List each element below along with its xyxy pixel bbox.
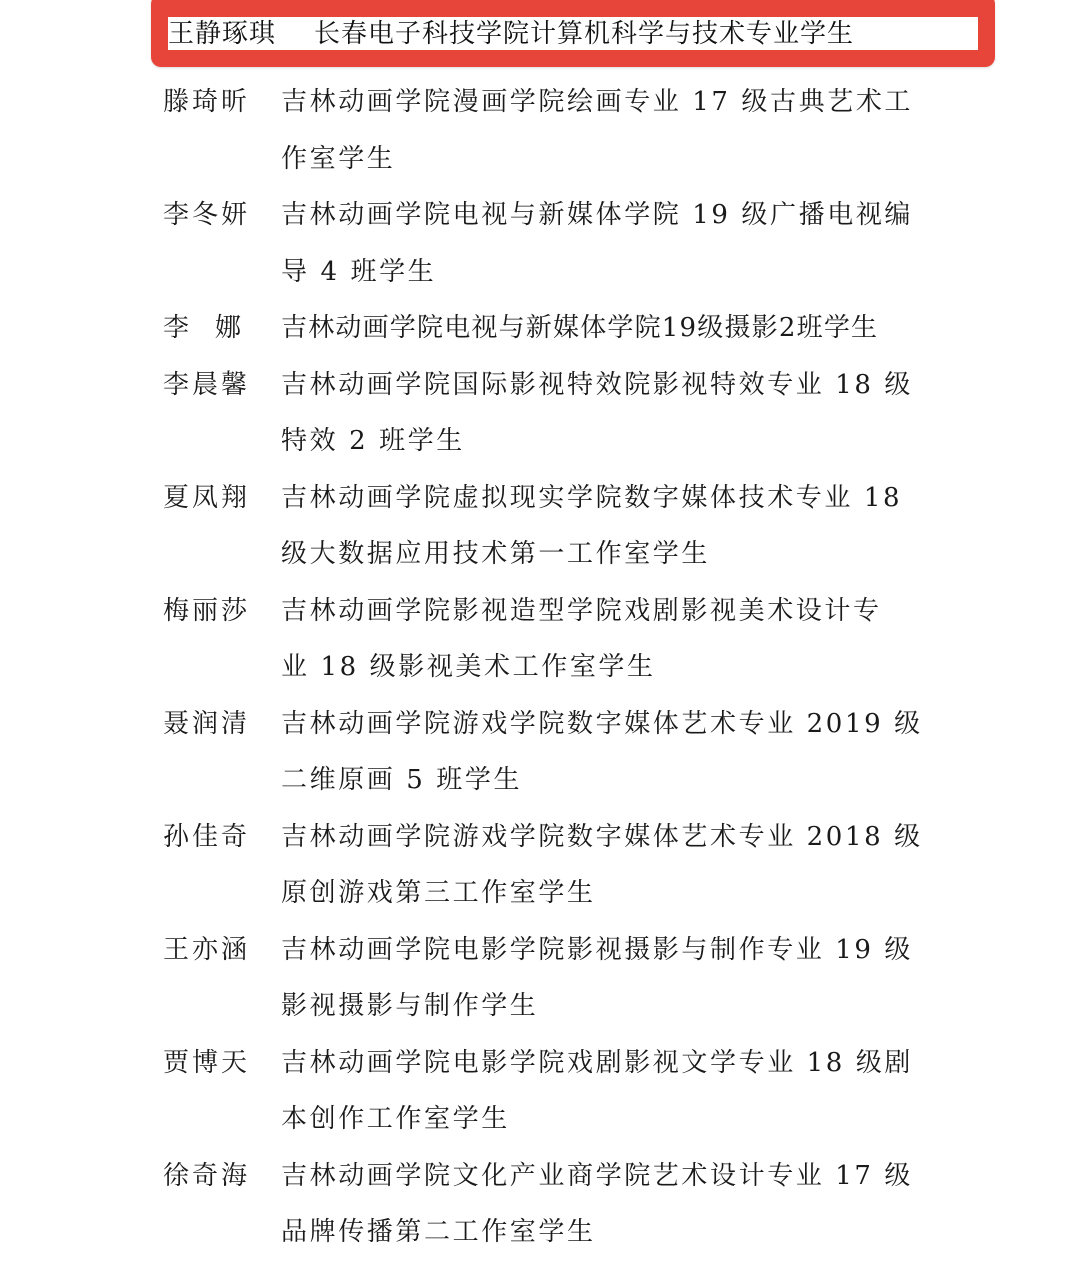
list-item: 孙佳奇 吉林动画学院游戏学院数字媒体艺术专业 2018 级 原创游戏第三工作室学… xyxy=(163,809,923,922)
entry-description: 吉林动画学院游戏学院数字媒体艺术专业 2018 级 原创游戏第三工作室学生 xyxy=(281,809,923,922)
description-line: 吉林动画学院游戏学院数字媒体艺术专业 2018 级 xyxy=(281,809,923,866)
description-line: 级大数据应用技术第一工作室学生 xyxy=(281,526,923,583)
entry-name: 滕琦昕 xyxy=(163,74,281,131)
list-item: 滕琦昕 吉林动画学院漫画学院绘画专业 17 级古典艺术工 作室学生 xyxy=(163,74,923,187)
description-line: 吉林动画学院文化产业商学院艺术设计专业 17 级 xyxy=(281,1148,923,1205)
entry-description: 吉林动画学院电影学院影视摄影与制作专业 19 级 影视摄影与制作学生 xyxy=(281,922,923,1035)
description-line: 吉林动画学院电视与新媒体学院19级摄影2班学生 xyxy=(281,300,923,357)
entry-name: 孙佳奇 xyxy=(163,809,281,866)
entry-name: 聂润清 xyxy=(163,696,281,753)
list-item: 夏凤翔 吉林动画学院虚拟现实学院数字媒体技术专业 18 级大数据应用技术第一工作… xyxy=(163,470,923,583)
entry-name: 梅丽莎 xyxy=(163,583,281,640)
description-line: 吉林动画学院电视与新媒体学院 19 级广播电视编 xyxy=(281,187,923,244)
entry-description: 吉林动画学院漫画学院绘画专业 17 级古典艺术工 作室学生 xyxy=(281,74,923,187)
entry-description: 吉林动画学院影视造型学院戏剧影视美术设计专 业 18 级影视美术工作室学生 xyxy=(281,583,923,696)
highlighted-entry-text: 王静琢琪长春电子科技学院计算机科学与技术专业学生 xyxy=(168,18,854,50)
entry-name: 李晨馨 xyxy=(163,357,281,414)
entry-name: 王亦涵 xyxy=(163,922,281,979)
entry-description: 吉林动画学院游戏学院数字媒体艺术专业 2019 级 二维原画 5 班学生 xyxy=(281,696,923,809)
entry-name: 王静琢琪 xyxy=(168,18,314,50)
list-item: 李 娜 吉林动画学院电视与新媒体学院19级摄影2班学生 xyxy=(163,300,923,357)
description-line: 原创游戏第三工作室学生 xyxy=(281,865,923,922)
description-line: 导 4 班学生 xyxy=(281,244,923,301)
description-line: 作室学生 xyxy=(281,131,923,188)
entry-description: 吉林动画学院电视与新媒体学院 19 级广播电视编 导 4 班学生 xyxy=(281,187,923,300)
description-line: 影视摄影与制作学生 xyxy=(281,978,923,1035)
list-item: 梅丽莎 吉林动画学院影视造型学院戏剧影视美术设计专 业 18 级影视美术工作室学… xyxy=(163,583,923,696)
description-line: 业 18 级影视美术工作室学生 xyxy=(281,639,923,696)
list-item: 聂润清 吉林动画学院游戏学院数字媒体艺术专业 2019 级 二维原画 5 班学生 xyxy=(163,696,923,809)
description-line: 吉林动画学院虚拟现实学院数字媒体技术专业 18 xyxy=(281,470,923,527)
entry-name: 李冬妍 xyxy=(163,187,281,244)
description-line: 二维原画 5 班学生 xyxy=(281,752,923,809)
student-list: 滕琦昕 吉林动画学院漫画学院绘画专业 17 级古典艺术工 作室学生 李冬妍 吉林… xyxy=(163,74,923,1261)
description-line: 本创作工作室学生 xyxy=(281,1091,923,1148)
entry-name: 夏凤翔 xyxy=(163,470,281,527)
entry-description: 吉林动画学院文化产业商学院艺术设计专业 17 级 品牌传播第二工作室学生 xyxy=(281,1148,923,1261)
description-line: 吉林动画学院电影学院戏剧影视文学专业 18 级剧 xyxy=(281,1035,923,1092)
description-line: 吉林动画学院游戏学院数字媒体艺术专业 2019 级 xyxy=(281,696,923,753)
entry-description: 吉林动画学院电视与新媒体学院19级摄影2班学生 xyxy=(281,300,923,357)
description-line: 吉林动画学院漫画学院绘画专业 17 级古典艺术工 xyxy=(281,74,923,131)
entry-name: 徐奇海 xyxy=(163,1148,281,1205)
list-item: 徐奇海 吉林动画学院文化产业商学院艺术设计专业 17 级 品牌传播第二工作室学生 xyxy=(163,1148,923,1261)
entry-description: 吉林动画学院电影学院戏剧影视文学专业 18 级剧 本创作工作室学生 xyxy=(281,1035,923,1148)
list-item: 李晨馨 吉林动画学院国际影视特效院影视特效专业 18 级 特效 2 班学生 xyxy=(163,357,923,470)
highlight-annotation-box: 王静琢琪长春电子科技学院计算机科学与技术专业学生 xyxy=(151,0,995,67)
description-line: 特效 2 班学生 xyxy=(281,413,923,470)
description-line: 吉林动画学院影视造型学院戏剧影视美术设计专 xyxy=(281,583,923,640)
entry-name: 贾博天 xyxy=(163,1035,281,1092)
highlighted-entry: 王静琢琪长春电子科技学院计算机科学与技术专业学生 xyxy=(168,17,978,50)
entry-name: 李 娜 xyxy=(163,300,281,357)
entry-description: 吉林动画学院虚拟现实学院数字媒体技术专业 18 级大数据应用技术第一工作室学生 xyxy=(281,470,923,583)
description-line: 吉林动画学院电影学院影视摄影与制作专业 19 级 xyxy=(281,922,923,979)
entry-description: 吉林动画学院国际影视特效院影视特效专业 18 级 特效 2 班学生 xyxy=(281,357,923,470)
list-item: 王亦涵 吉林动画学院电影学院影视摄影与制作专业 19 级 影视摄影与制作学生 xyxy=(163,922,923,1035)
list-item: 贾博天 吉林动画学院电影学院戏剧影视文学专业 18 级剧 本创作工作室学生 xyxy=(163,1035,923,1148)
entry-description: 长春电子科技学院计算机科学与技术专业学生 xyxy=(314,19,854,49)
list-item: 李冬妍 吉林动画学院电视与新媒体学院 19 级广播电视编 导 4 班学生 xyxy=(163,187,923,300)
description-line: 品牌传播第二工作室学生 xyxy=(281,1204,923,1261)
description-line: 吉林动画学院国际影视特效院影视特效专业 18 级 xyxy=(281,357,923,414)
